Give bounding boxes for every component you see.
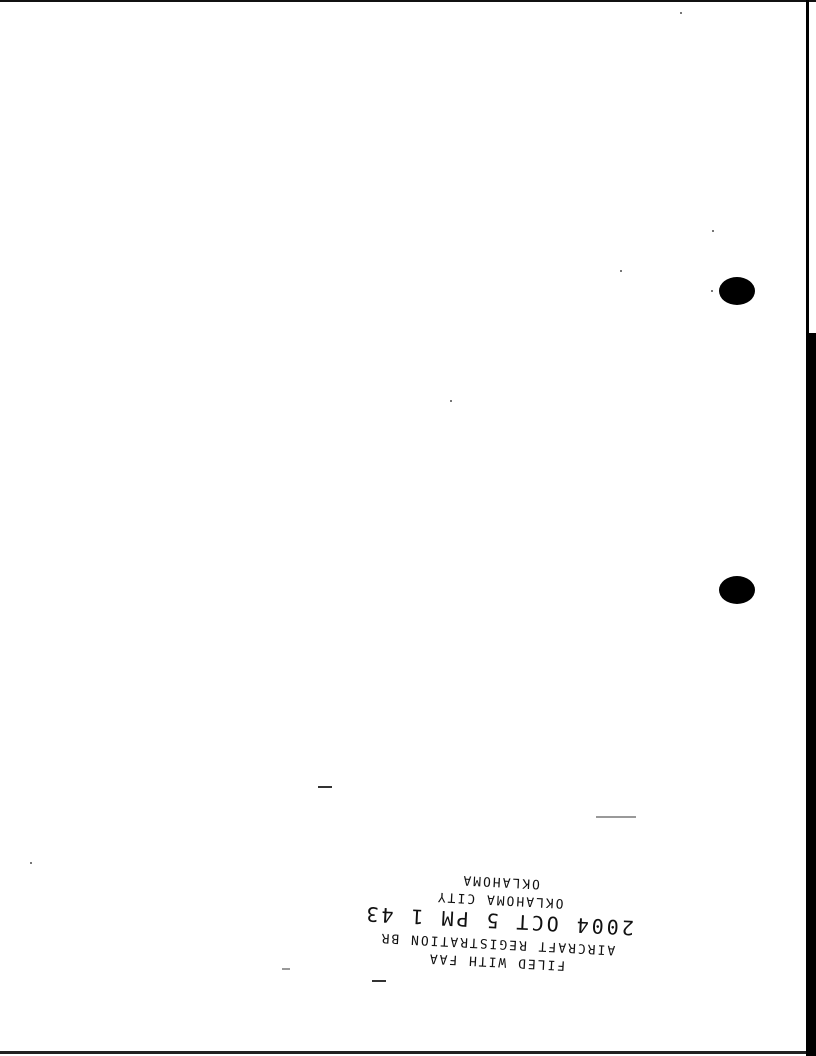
scan-speck xyxy=(711,290,713,292)
scan-speck xyxy=(712,230,714,232)
scan-mark xyxy=(372,980,386,982)
scan-mark xyxy=(596,816,636,818)
punch-hole xyxy=(719,576,755,604)
scan-top-edge xyxy=(0,0,816,2)
scan-bottom-edge xyxy=(0,1051,816,1054)
scan-speck xyxy=(30,862,32,864)
scan-right-edge xyxy=(806,0,809,335)
scan-speck xyxy=(450,400,452,402)
faa-filing-stamp: FILED WITH FAA AIRCRAFT REGISTRATION BR … xyxy=(351,813,648,978)
scan-speck xyxy=(680,12,682,14)
scan-speck xyxy=(620,270,622,272)
scan-right-edge-shadow xyxy=(806,333,816,1056)
scan-mark xyxy=(318,786,332,788)
scan-mark xyxy=(282,968,290,970)
punch-hole xyxy=(719,277,755,305)
